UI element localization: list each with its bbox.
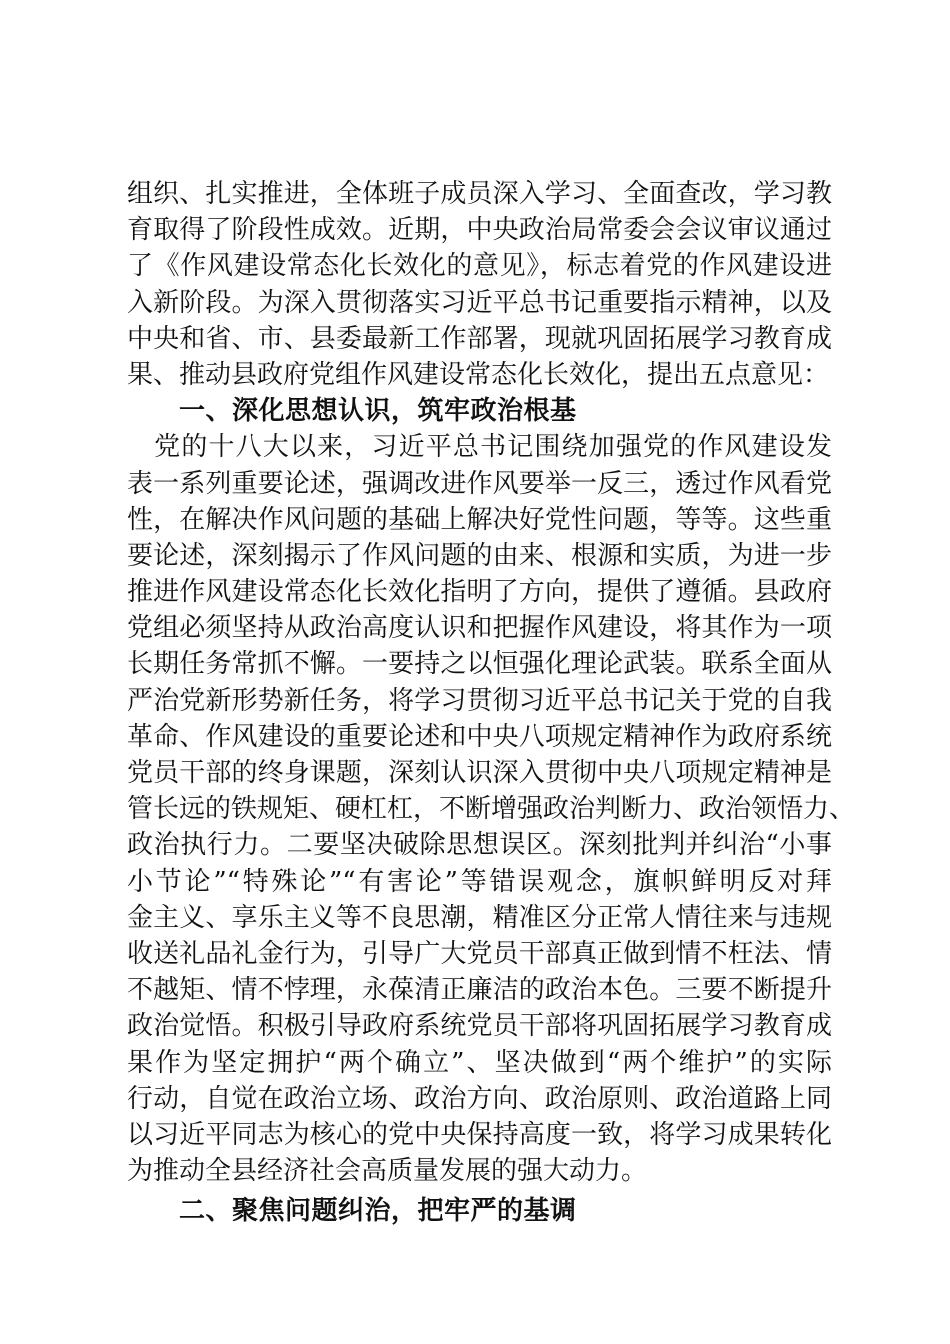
text-line: 政治执行力。二要坚决破除思想误区。深刻批判并纠治“小事: [127, 827, 832, 863]
text-line: 收送礼品礼金行为，引导广大党员干部真正做到情不枉法、情: [127, 936, 832, 972]
text-line: 表一系列重要论述，强调改进作风要举一反三，透过作风看党: [127, 466, 832, 502]
text-line: 党组必须坚持从政治高度认识和把握作风建设，将其作为一项: [127, 610, 832, 646]
text-line: 严治党新形势新任务，将学习贯彻习近平总书记关于党的自我: [127, 683, 832, 719]
text-line: 金主义、享乐主义等不良思潮，精准区分正常人情往来与违规: [127, 900, 832, 936]
text-line: 行动，自觉在政治立场、政治方向、政治原则、政治道路上同: [127, 1081, 832, 1117]
text-line: 不越矩、情不悖理，永葆清正廉洁的政治本色。三要不断提升: [127, 972, 832, 1008]
text-line: 小节论”“特殊论”“有害论”等错误观念，旗帜鲜明反对拜: [127, 864, 832, 900]
section-heading-2: 二、聚焦问题纠治，把牢严的基调: [127, 1193, 832, 1229]
intro-paragraph: 组织、扎实推进，全体班子成员深入学习、全面查改，学习教 育取得了阶段性成效。近期…: [127, 176, 832, 393]
text-line: 性，在解决作风问题的基础上解决好党性问题，等等。这些重: [127, 502, 832, 538]
text-line: 了《作风建设常态化长效化的意见》，标志着党的作风建设进: [127, 248, 832, 284]
text-line: 组织、扎实推进，全体班子成员深入学习、全面查改，学习教: [127, 176, 832, 212]
text-line: 果作为坚定拥护“两个确立”、坚决做到“两个维护”的实际: [127, 1045, 832, 1081]
text-line: 革命、作风建设的重要论述和中央八项规定精神作为政府系统: [127, 719, 832, 755]
text-line: 推进作风建设常态化长效化指明了方向，提供了遵循。县政府: [127, 574, 832, 610]
text-line: 入新阶段。为深入贯彻落实习近平总书记重要指示精神，以及: [127, 285, 832, 321]
section-1-paragraph: 党的十八大以来，习近平总书记围绕加强党的作风建设发 表一系列重要论述，强调改进作…: [127, 429, 832, 1189]
text-line: 果、推动县政府党组作风建设常态化长效化，提出五点意见：: [127, 357, 832, 393]
text-line: 政治觉悟。积极引导政府系统党员干部将巩固拓展学习教育成: [127, 1008, 832, 1044]
text-line: 党员干部的终身课题，深刻认识深入贯彻中央八项规定精神是: [127, 755, 832, 791]
text-line: 管长远的铁规矩、硬杠杠，不断增强政治判断力、政治领悟力、: [127, 791, 832, 827]
document-page: 组织、扎实推进，全体班子成员深入学习、全面查改，学习教 育取得了阶段性成效。近期…: [127, 176, 832, 1229]
text-line: 为推动全县经济社会高质量发展的强大动力。: [127, 1153, 832, 1189]
text-line: 以习近平同志为核心的党中央保持高度一致，将学习成果转化: [127, 1117, 832, 1153]
text-line: 中央和省、市、县委最新工作部署，现就巩固拓展学习教育成: [127, 321, 832, 357]
text-line: 党的十八大以来，习近平总书记围绕加强党的作风建设发: [127, 429, 832, 465]
text-line: 要论述，深刻揭示了作风问题的由来、根源和实质，为进一步: [127, 538, 832, 574]
section-heading-1: 一、深化思想认识，筑牢政治根基: [127, 393, 832, 429]
text-line: 长期任务常抓不懈。一要持之以恒强化理论武装。联系全面从: [127, 646, 832, 682]
text-line: 育取得了阶段性成效。近期，中央政治局常委会会议审议通过: [127, 212, 832, 248]
